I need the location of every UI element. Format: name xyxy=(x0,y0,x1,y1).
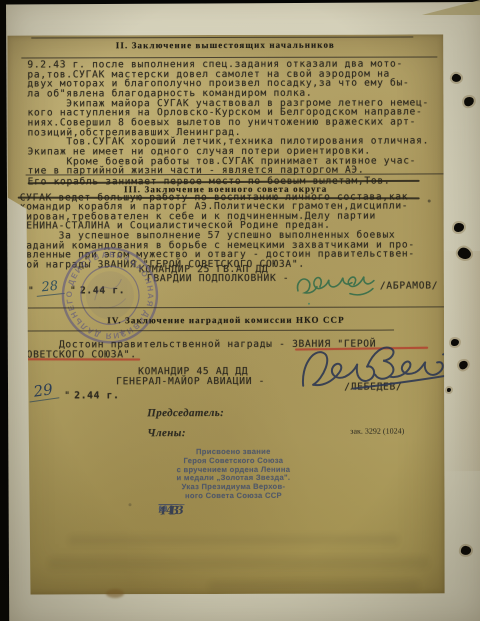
commander1-post-line2: ГВАРДИИ ПОДПОЛКОВНИК - xyxy=(147,273,290,284)
print-order-reference: зак. 3292 (1024) xyxy=(350,427,404,436)
bleedthrough-smudge xyxy=(209,580,419,591)
abramov-signature xyxy=(294,273,378,301)
bleedthrough-smudge xyxy=(69,535,399,546)
form-rule xyxy=(28,306,444,308)
section4-heading: IV. Заключение наградной комиссии НКО СС… xyxy=(8,314,444,325)
date2-typed: 2.44 г. xyxy=(74,390,119,401)
commander2-post-line2: ГЕНЕРАЛ-МАЙОР АВИАЦИИ - xyxy=(116,376,265,387)
ink-blot xyxy=(106,589,124,598)
hero-award-stamp: Присвоено званиеГероя Советского Союзас … xyxy=(158,448,308,504)
date2-close-quote: " xyxy=(64,390,71,401)
award-stamp-text: Присвоено званиеГероя Советского Союзас … xyxy=(158,448,308,501)
red-underline xyxy=(20,358,140,360)
stamp-date-suffix: г. xyxy=(158,504,163,513)
chairman-label: Председатель: xyxy=(147,407,224,419)
document-page: II. Заключение вышестоящих начальников 9… xyxy=(7,34,444,594)
section2-heading: II. Заключение вышестоящих начальников xyxy=(7,39,443,50)
paper-speck xyxy=(128,503,131,506)
form-rule xyxy=(31,37,413,39)
commander1-typed-name: /АБРАМОВ/ xyxy=(380,280,438,291)
date1-open-quote: " xyxy=(28,286,35,297)
date2-handwritten-day: 29 xyxy=(27,379,59,402)
form-rule xyxy=(14,330,394,332)
members-label: Члены: xyxy=(147,427,186,439)
bleedthrough-smudge xyxy=(49,556,429,569)
scanned-award-document: II. Заключение вышестоящих начальников 9… xyxy=(0,0,480,621)
award-stamp-line: ного Совета Союза ССР xyxy=(158,492,308,501)
ink-speck xyxy=(308,303,310,305)
paper-speck xyxy=(428,199,431,202)
section2-text: 9.2.43 г. после выполнения спец.задания … xyxy=(27,59,429,176)
